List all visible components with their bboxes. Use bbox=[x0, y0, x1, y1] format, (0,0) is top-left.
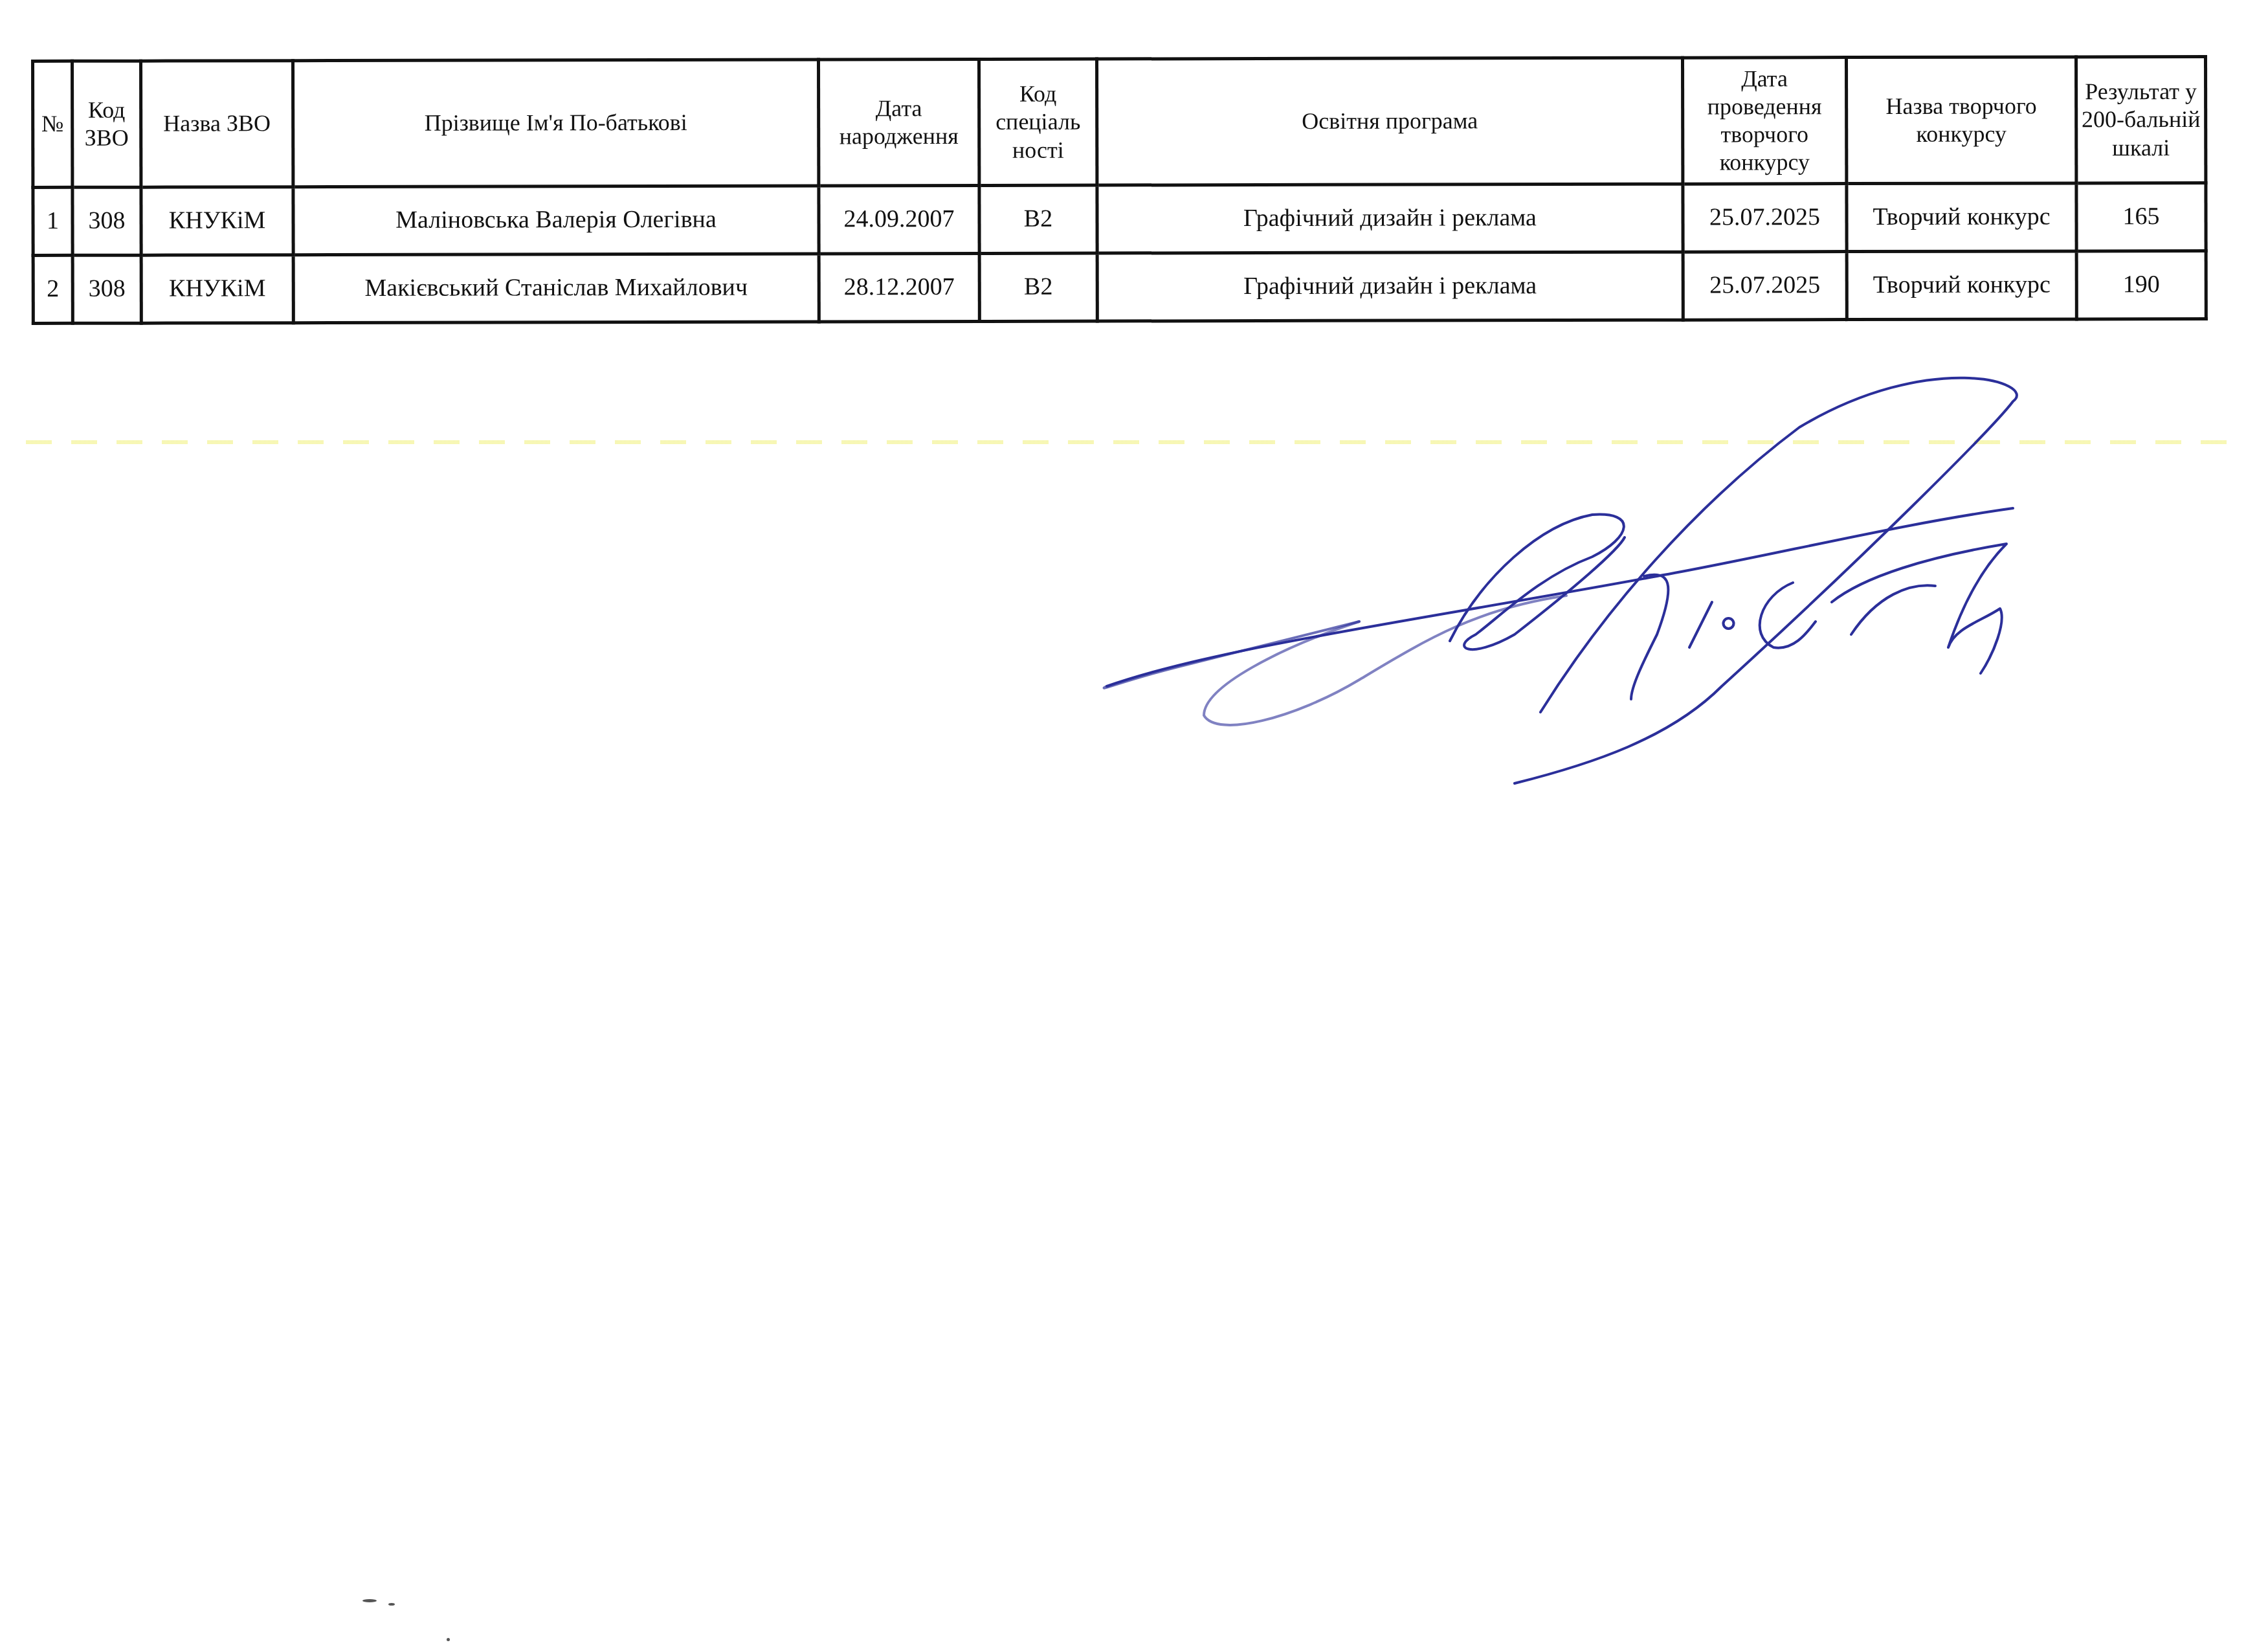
header-contest-date: Дата проведення творчого конкурсу bbox=[1682, 58, 1846, 185]
cell-birth-date: 28.12.2007 bbox=[819, 253, 979, 322]
table-row: 2 308 КНУКіМ Макієвський Станіслав Михай… bbox=[33, 251, 2206, 323]
cell-specialty-code: B2 bbox=[979, 185, 1097, 253]
header-institution-name: Назва ЗВО bbox=[141, 61, 293, 187]
header-program: Освітня програма bbox=[1097, 58, 1683, 185]
header-contest-name: Назва творчого конкурсу bbox=[1846, 57, 2076, 184]
cell-contest-date: 25.07.2025 bbox=[1683, 252, 1847, 320]
results-table-container: № Код ЗВО Назва ЗВО Прізвище Ім'я По-бат… bbox=[31, 55, 2208, 325]
cell-contest-name: Творчий конкурс bbox=[1847, 251, 2076, 320]
cell-contest-name: Творчий конкурс bbox=[1847, 183, 2076, 252]
header-institution-code: Код ЗВО bbox=[72, 61, 141, 187]
cell-result: 165 bbox=[2076, 183, 2206, 251]
cell-birth-date: 24.09.2007 bbox=[819, 185, 979, 254]
cell-institution-name: КНУКіМ bbox=[141, 187, 293, 255]
scan-speck bbox=[447, 1638, 450, 1641]
cell-number: 1 bbox=[33, 187, 72, 255]
cell-full-name: Макієвський Станіслав Михайлович bbox=[293, 254, 819, 323]
results-table: № Код ЗВО Назва ЗВО Прізвище Ім'я По-бат… bbox=[31, 55, 2208, 325]
cell-institution-code: 308 bbox=[72, 187, 141, 255]
cell-number: 2 bbox=[33, 255, 72, 323]
header-birth-date: Дата народження bbox=[819, 59, 979, 186]
header-specialty-code: Код спеціаль ності bbox=[979, 59, 1097, 185]
scan-speck bbox=[362, 1599, 377, 1602]
header-number: № bbox=[33, 61, 72, 187]
header-full-name: Прізвище Ім'я По-батькові bbox=[293, 60, 819, 187]
cell-institution-name: КНУКіМ bbox=[141, 255, 293, 323]
cell-result: 190 bbox=[2076, 251, 2206, 319]
table-row: 1 308 КНУКіМ Маліновська Валерія Олегівн… bbox=[33, 183, 2206, 255]
table-header-row: № Код ЗВО Назва ЗВО Прізвище Ім'я По-бат… bbox=[33, 56, 2206, 187]
cell-contest-date: 25.07.2025 bbox=[1683, 184, 1847, 252]
cell-full-name: Маліновська Валерія Олегівна bbox=[293, 186, 819, 255]
signature-icon bbox=[1087, 363, 2097, 790]
cell-program: Графічний дизайн і реклама bbox=[1097, 184, 1683, 253]
cell-institution-code: 308 bbox=[72, 255, 141, 323]
header-result: Результат у 200-бальній шкалі bbox=[2076, 56, 2205, 183]
cell-specialty-code: B2 bbox=[979, 253, 1097, 321]
cell-program: Графічний дизайн і реклама bbox=[1097, 252, 1683, 321]
scan-speck bbox=[388, 1603, 395, 1606]
